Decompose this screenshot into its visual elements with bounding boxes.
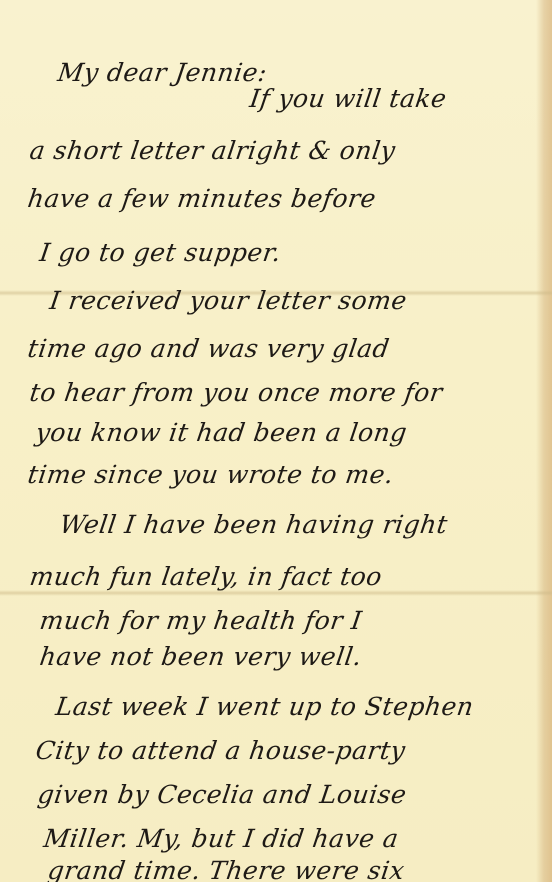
letter-line: much for my health for I bbox=[38, 606, 364, 635]
letter-line: time since you wrote to me. bbox=[26, 460, 396, 489]
letter-line: you know it had been a long bbox=[34, 418, 409, 447]
letter-page: My dear Jennie: If you will take a short… bbox=[0, 0, 552, 882]
letter-line: a short letter alright & only bbox=[28, 136, 397, 165]
letter-line: I go to get supper. bbox=[38, 238, 283, 267]
letter-line: have a few minutes before bbox=[26, 184, 378, 213]
letter-line: grand time. There were six bbox=[46, 856, 406, 882]
letter-line: have not been very well. bbox=[38, 642, 364, 671]
letter-line: I received your letter some bbox=[48, 286, 409, 315]
letter-line: much fun lately, in fact too bbox=[28, 562, 384, 591]
letter-line: Last week I went up to Stephen bbox=[54, 692, 476, 721]
salutation: My dear Jennie: bbox=[56, 58, 269, 87]
letter-line: time ago and was very glad bbox=[26, 334, 391, 363]
letter-line: If you will take bbox=[248, 84, 449, 113]
letter-line: to hear from you once more for bbox=[28, 378, 445, 407]
letter-line: City to attend a house-party bbox=[34, 736, 407, 765]
letter-line: Well I have been having right bbox=[58, 510, 450, 539]
letter-line: Miller. My, but I did have a bbox=[42, 824, 400, 853]
letter-line: given by Cecelia and Louise bbox=[36, 780, 409, 809]
